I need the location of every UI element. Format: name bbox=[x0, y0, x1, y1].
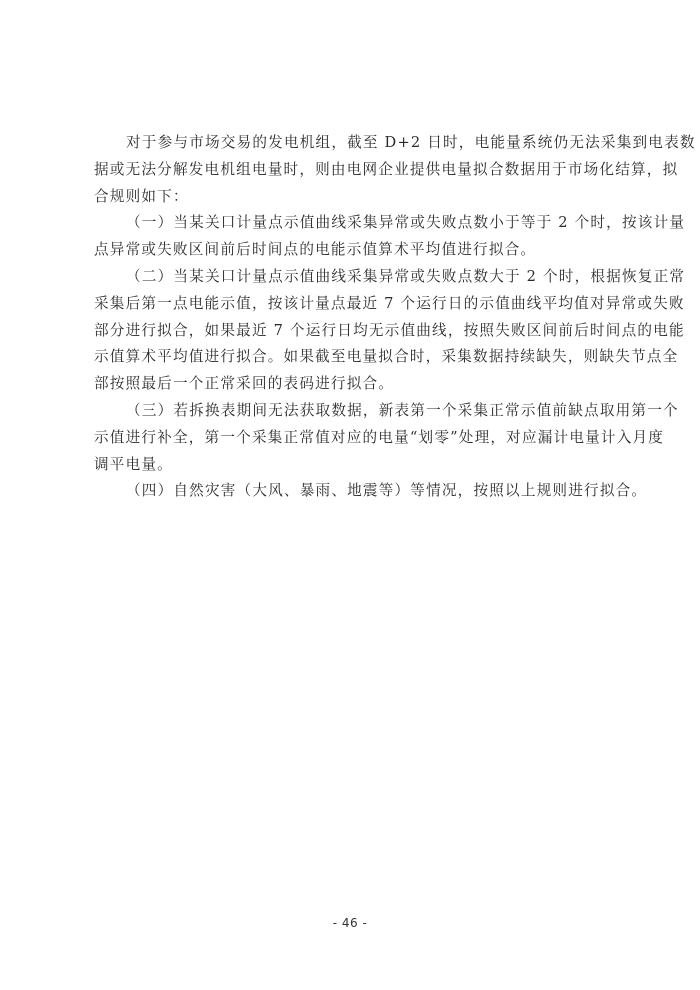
text-line: （三）若拆换表期间无法获取数据，新表第一个采集正常示值前缺点取用第一个 bbox=[94, 398, 614, 425]
text-line: 采集后第一点电能示值，按该计量点最近 7 个运行日的示值曲线平均值对异常或失败 bbox=[94, 291, 614, 318]
paragraph-rule-4: （四）自然灾害（大风、暴雨、地震等）等情况，按照以上规则进行拟合。 bbox=[94, 478, 614, 505]
document-body: 对于参与市场交易的发电机组，截至 D+2 日时，电能量系统仍无法采集到电表数 据… bbox=[94, 130, 614, 505]
paragraph-intro: 对于参与市场交易的发电机组，截至 D+2 日时，电能量系统仍无法采集到电表数 据… bbox=[94, 130, 614, 210]
paragraph-rule-1: （一）当某关口计量点示值曲线采集异常或失败点数小于等于 2 个时，按该计量 点异… bbox=[94, 210, 614, 264]
text-line: 调平电量。 bbox=[94, 452, 614, 479]
paragraph-rule-3: （三）若拆换表期间无法获取数据，新表第一个采集正常示值前缺点取用第一个 示值进行… bbox=[94, 398, 614, 478]
page-number: - 46 - bbox=[0, 916, 700, 930]
text-line: 部按照最后一个正常采回的表码进行拟合。 bbox=[94, 371, 614, 398]
text-line: （一）当某关口计量点示值曲线采集异常或失败点数小于等于 2 个时，按该计量 bbox=[94, 210, 614, 237]
text-line: 据或无法分解发电机组电量时，则由电网企业提供电量拟合数据用于市场化结算，拟 bbox=[94, 157, 614, 184]
text-line: 示值进行补全，第一个采集正常值对应的电量“划零”处理，对应漏计电量计入月度 bbox=[94, 425, 614, 452]
text-line: 示值算术平均值进行拟合。如果截至电量拟合时，采集数据持续缺失，则缺失节点全 bbox=[94, 344, 614, 371]
text-line: 点异常或失败区间前后时间点的电能示值算术平均值进行拟合。 bbox=[94, 237, 614, 264]
document-page: 对于参与市场交易的发电机组，截至 D+2 日时，电能量系统仍无法采集到电表数 据… bbox=[0, 0, 700, 990]
text-line: （四）自然灾害（大风、暴雨、地震等）等情况，按照以上规则进行拟合。 bbox=[94, 478, 614, 505]
text-line: 合规则如下： bbox=[94, 184, 614, 211]
text-line: 部分进行拟合，如果最近 7 个运行日均无示值曲线，按照失败区间前后时间点的电能 bbox=[94, 318, 614, 345]
paragraph-rule-2: （二）当某关口计量点示值曲线采集异常或失败点数大于 2 个时，根据恢复正常 采集… bbox=[94, 264, 614, 398]
text-line: 对于参与市场交易的发电机组，截至 D+2 日时，电能量系统仍无法采集到电表数 bbox=[94, 130, 614, 157]
text-line: （二）当某关口计量点示值曲线采集异常或失败点数大于 2 个时，根据恢复正常 bbox=[94, 264, 614, 291]
